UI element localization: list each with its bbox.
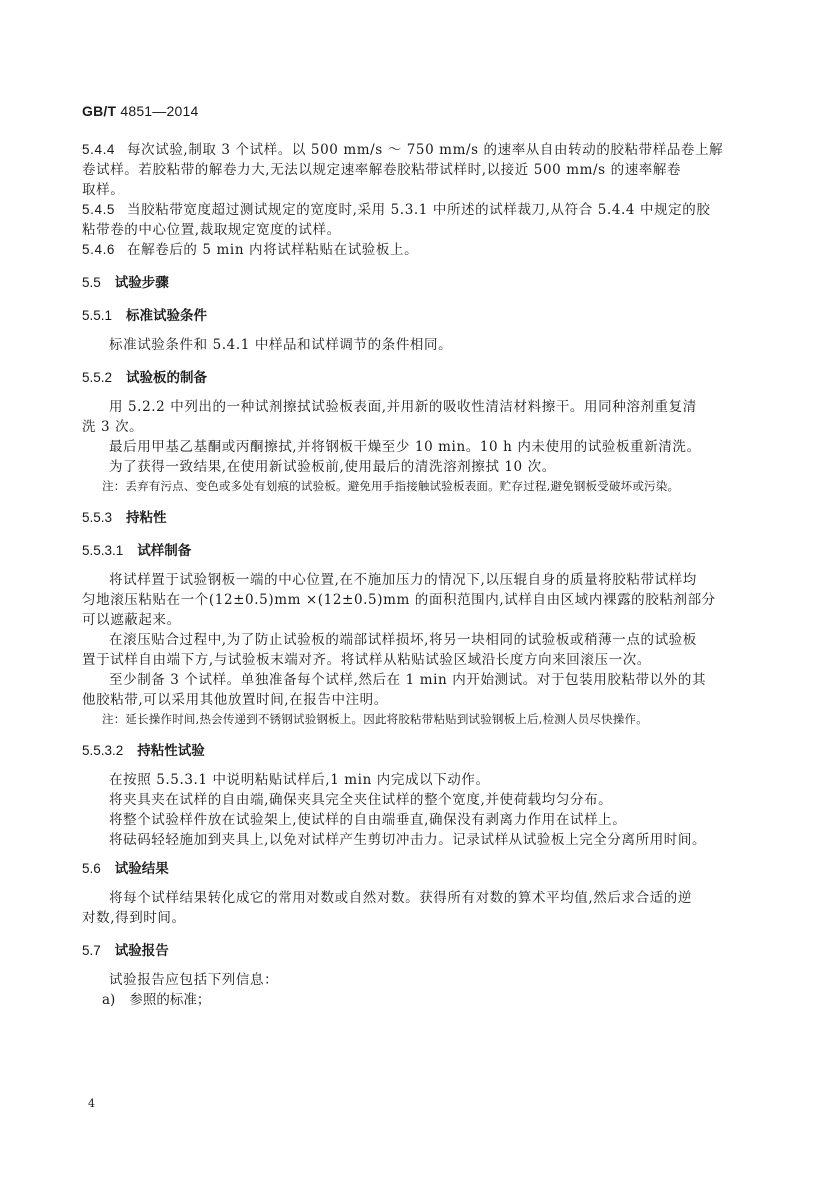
paragraph: 为了获得一致结果,在使用新试验板前,使用最后的清洗溶剂擦拭 10 次。 bbox=[82, 457, 762, 477]
section-heading-5-5: 5.5试验步骤 bbox=[82, 273, 762, 293]
clause-text: 取样。 bbox=[82, 180, 762, 200]
clause-number: 5.4.5 bbox=[82, 202, 115, 217]
paragraph: 用 5.2.2 中列出的一种试剂擦拭试验板表面,并用新的吸收性清洁材料擦干。用同… bbox=[82, 397, 762, 437]
paragraph: 最后用甲基乙基酮或丙酮擦拭,并将钢板干燥至少 10 min。10 h 内未使用的… bbox=[82, 437, 762, 457]
document-page: GB/T 4851—2014 5.4.4每次试验,制取 3 个试样。以 500 … bbox=[0, 0, 839, 1200]
section-heading-5-5-2: 5.5.2试验板的制备 bbox=[82, 368, 762, 388]
section-title: 持粘性 bbox=[126, 510, 167, 525]
list-marker: a) bbox=[102, 992, 115, 1008]
clause-text: 在解卷后的 5 min 内将试样粘贴在试验板上。 bbox=[127, 242, 418, 258]
paragraph-line: 洗 3 次。 bbox=[82, 417, 762, 437]
standard-number: 4851—2014 bbox=[120, 103, 198, 119]
paragraph: 将夹具夹在试样的自由端,确保夹具完全夹住试样的整个宽度,并使荷载均匀分布。 bbox=[82, 790, 762, 810]
section-number: 5.5.2 bbox=[82, 370, 112, 385]
paragraph-line: 他胶粘带,可以采用其他放置时间,在报告中注明。 bbox=[82, 690, 762, 710]
paragraph: 在按照 5.5.3.1 中说明粘贴试样后,1 min 内完成以下动作。 bbox=[82, 770, 762, 790]
list-item: a)参照的标准； bbox=[82, 990, 762, 1010]
section-title: 试验结果 bbox=[115, 861, 169, 876]
section-number: 5.5.3 bbox=[82, 510, 112, 525]
paragraph: 至少制备 3 个试样。单独准备每个试样,然后在 1 min 内开始测试。对于包装… bbox=[82, 670, 762, 710]
clause-text: 粘带卷的中心位置,裁取规定宽度的试样。 bbox=[82, 220, 762, 240]
section-title: 标准试验条件 bbox=[126, 308, 207, 323]
standard-prefix: GB/T bbox=[82, 103, 116, 119]
section-heading-5-5-3-2: 5.5.3.2持粘性试验 bbox=[82, 741, 762, 761]
paragraph-line: 将试样置于试验钢板一端的中心位置,在不施加压力的情况下,以压辊自身的质量将胶粘带… bbox=[82, 570, 762, 590]
paragraph: 将整个试验样件放在试验架上,使试样的自由端垂直,确保没有剥离力作用在试样上。 bbox=[82, 810, 762, 830]
section-title: 试验板的制备 bbox=[126, 370, 207, 385]
paragraph: 将砝码轻轻施加到夹具上,以免对试样产生剪切冲击力。记录试样从试验板上完全分离所用… bbox=[82, 830, 762, 850]
clause-text: 每次试验,制取 3 个试样。以 500 mm/s ～ 750 mm/s 的速率从… bbox=[127, 142, 723, 158]
clause-text: 当胶粘带宽度超过测试规定的宽度时,采用 5.3.1 中所述的试样裁刀,从符合 5… bbox=[127, 202, 710, 218]
clause-number: 5.4.6 bbox=[82, 242, 115, 257]
note: 注：延长操作时间,热会传递到不锈钢试验钢板上。因此将胶粘带粘贴到试验钢板上后,检… bbox=[82, 710, 762, 728]
section-number: 5.5 bbox=[82, 275, 101, 290]
paragraph-line: 用 5.2.2 中列出的一种试剂擦拭试验板表面,并用新的吸收性清洁材料擦干。用同… bbox=[82, 397, 762, 417]
paragraph-line: 至少制备 3 个试样。单独准备每个试样,然后在 1 min 内开始测试。对于包装… bbox=[82, 670, 762, 690]
clause-text: 卷试样。若胶粘带的解卷力大,无法以规定速率解卷胶粘带试样时,以接近 500 mm… bbox=[82, 160, 762, 180]
section-title: 持粘性试验 bbox=[137, 743, 205, 758]
note: 注：丢弃有污点、变色或多处有划痕的试验板。避免用手指接触试验板表面。贮存过程,避… bbox=[82, 477, 762, 495]
section-heading-5-5-3-1: 5.5.3.1试样制备 bbox=[82, 541, 762, 561]
section-number: 5.6 bbox=[82, 861, 101, 876]
paragraph-line: 对数,得到时间。 bbox=[82, 908, 762, 928]
paragraph: 将每个试样结果转化成它的常用对数或自然对数。获得所有对数的算术平均值,然后求合适… bbox=[82, 888, 762, 928]
paragraph-line: 将每个试样结果转化成它的常用对数或自然对数。获得所有对数的算术平均值,然后求合适… bbox=[82, 888, 762, 908]
section-title: 试验步骤 bbox=[115, 275, 169, 290]
paragraph-line: 置于试样自由端下方,与试验板末端对齐。将试样从粘贴试验区域沿长度方向来回滚压一次… bbox=[82, 650, 762, 670]
page-body: 5.4.4每次试验,制取 3 个试样。以 500 mm/s ～ 750 mm/s… bbox=[82, 140, 762, 1010]
paragraph: 在滚压贴合过程中,为了防止试验板的端部试样损坏,将另一块相同的试验板或稍薄一点的… bbox=[82, 630, 762, 670]
section-title: 试验报告 bbox=[115, 943, 169, 958]
clause-5-4-5: 5.4.5当胶粘带宽度超过测试规定的宽度时,采用 5.3.1 中所述的试样裁刀,… bbox=[82, 200, 762, 240]
paragraph: 标准试验条件和 5.4.1 中样品和试样调节的条件相同。 bbox=[82, 335, 762, 355]
paragraph-line: 在滚压贴合过程中,为了防止试验板的端部试样损坏,将另一块相同的试验板或稍薄一点的… bbox=[82, 630, 762, 650]
list-item-text: 参照的标准； bbox=[129, 992, 210, 1008]
paragraph: 将试样置于试验钢板一端的中心位置,在不施加压力的情况下,以压辊自身的质量将胶粘带… bbox=[82, 570, 762, 630]
section-heading-5-7: 5.7试验报告 bbox=[82, 941, 762, 961]
section-heading-5-5-3: 5.5.3持粘性 bbox=[82, 508, 762, 528]
section-heading-5-6: 5.6试验结果 bbox=[82, 859, 762, 879]
section-number: 5.5.3.2 bbox=[82, 743, 123, 758]
section-heading-5-5-1: 5.5.1标准试验条件 bbox=[82, 306, 762, 326]
standard-header: GB/T 4851—2014 bbox=[82, 103, 198, 119]
paragraph-line: 可以遮蔽起来。 bbox=[82, 610, 762, 630]
clause-5-4-6: 5.4.6在解卷后的 5 min 内将试样粘贴在试验板上。 bbox=[82, 240, 762, 260]
clause-number: 5.4.4 bbox=[82, 142, 115, 157]
section-title: 试样制备 bbox=[137, 543, 191, 558]
section-number: 5.7 bbox=[82, 943, 101, 958]
paragraph-line: 匀地滚压粘贴在一个(12±0.5)mm ×(12±0.5)mm 的面积范围内,试… bbox=[82, 590, 762, 610]
page-number: 4 bbox=[88, 1097, 95, 1110]
section-number: 5.5.1 bbox=[82, 308, 112, 323]
clause-5-4-4: 5.4.4每次试验,制取 3 个试样。以 500 mm/s ～ 750 mm/s… bbox=[82, 140, 762, 200]
section-number: 5.5.3.1 bbox=[82, 543, 123, 558]
paragraph: 试验报告应包括下列信息： bbox=[82, 970, 762, 990]
